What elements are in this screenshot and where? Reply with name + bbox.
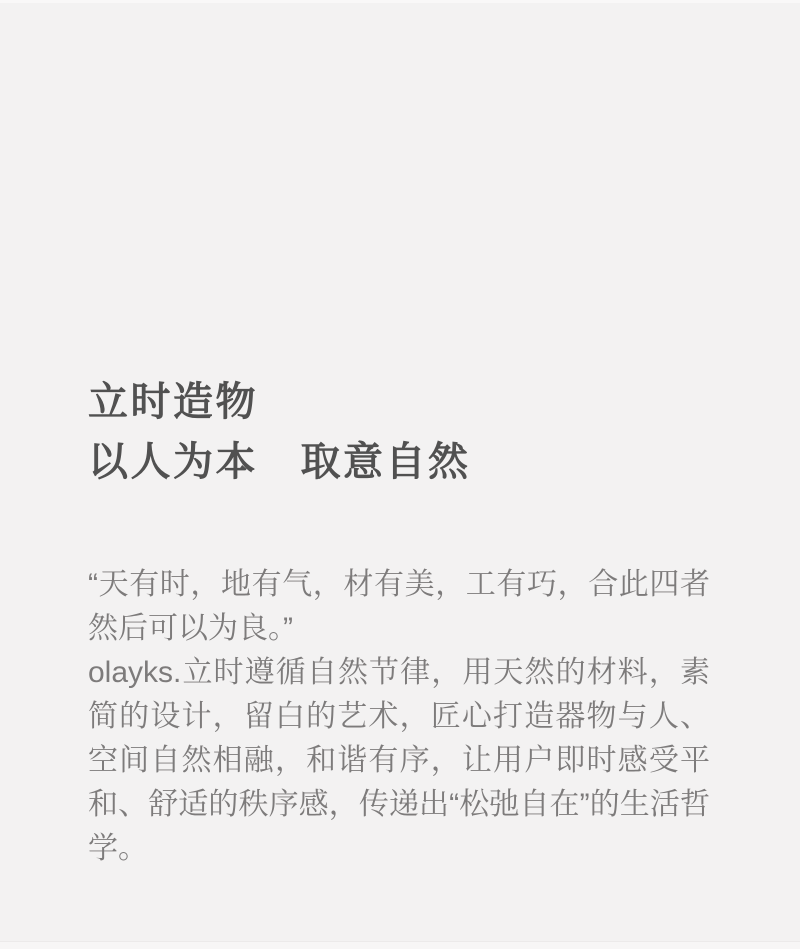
title-line-2: 以人为本 取意自然	[88, 432, 710, 492]
bottom-edge-divider	[0, 941, 800, 949]
brand-story-section: 立时造物 以人为本 取意自然 “天有时，地有气，材有美，工有巧，合此四者然后可以…	[0, 0, 800, 871]
brand-description: “天有时，地有气，材有美，工有巧，合此四者然后可以为良。” olayks.立时遵…	[88, 563, 710, 871]
title-line-1: 立时造物	[88, 372, 710, 432]
quote-paragraph: “天有时，地有气，材有美，工有巧，合此四者然后可以为良。”	[88, 563, 710, 651]
top-edge-divider	[0, 0, 800, 3]
page-root: { "section": { "title_line1": "立时造物", "t…	[0, 0, 800, 949]
philosophy-paragraph: olayks.立时遵循自然节律，用天然的材料，素简的设计，留白的艺术，匠心打造器…	[88, 651, 710, 871]
page-title: 立时造物 以人为本 取意自然	[88, 372, 710, 492]
